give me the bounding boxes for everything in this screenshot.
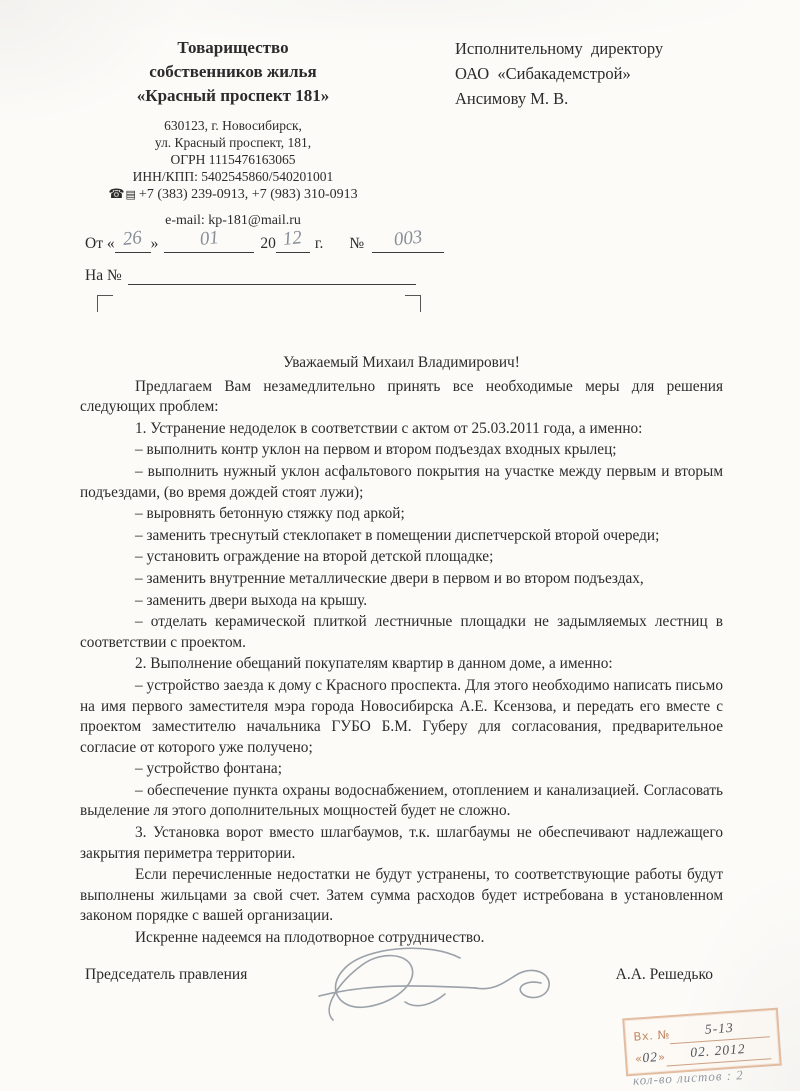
telephone-icon: ☎ xyxy=(108,187,124,202)
org-title-line: собственников жилья xyxy=(80,60,386,84)
letter-paragraph: – заменить треснутый стеклопакет в помещ… xyxy=(80,526,723,547)
signer-name: А.А. Решедько xyxy=(616,966,713,984)
recipient-block: Исполнительному директоруОАО «Сибакадемс… xyxy=(455,36,755,111)
handwritten-month: 01 xyxy=(199,229,220,249)
letter-paragraphs: Предлагаем Вам незамедлительно принять в… xyxy=(80,377,723,949)
letterhead-org: Товариществособственников жилья«Красный … xyxy=(80,36,386,229)
letter-paragraph: Предлагаем Вам незамедлительно принять в… xyxy=(80,377,723,418)
letter-paragraph: – выполнить нужный уклон асфальтового по… xyxy=(80,462,723,503)
letter-paragraph: – обеспечение пункта охраны водоснабжени… xyxy=(80,781,723,822)
org-address-line: 630123, г. Новосибирск, xyxy=(80,117,386,134)
recipient-line: Ансимову М. В. xyxy=(455,86,755,111)
letter-paragraph: – заменить внутренние металлические двер… xyxy=(80,569,723,590)
org-title-line: «Красный проспект 181» xyxy=(80,84,386,108)
org-phone-numbers: +7 (383) 239-0913, +7 (983) 310-0913 xyxy=(139,187,358,202)
handwritten-stamp-date: 02. 2012 xyxy=(690,1041,746,1060)
letter-body: Уважаемый Михаил Владимирович! Предлагае… xyxy=(80,353,723,950)
number-label: № xyxy=(349,235,364,252)
letter-paragraph: – устройство фонтана; xyxy=(80,759,723,780)
address-corner-mark-left xyxy=(97,295,113,312)
handwritten-number: 003 xyxy=(393,229,423,250)
letter-paragraph: – выполнить контр уклон на первом и втор… xyxy=(80,440,723,461)
handwritten-year: 12 xyxy=(282,229,303,249)
letter-paragraph: 3. Установка ворот вместо шлагбаумов, т.… xyxy=(80,823,723,864)
letter-page: Товариществособственников жилья«Красный … xyxy=(0,0,800,1091)
year-blank: 12 xyxy=(276,231,310,253)
stamp-in-label: Вх. № xyxy=(633,1024,671,1046)
address-corner-mark-right xyxy=(405,295,421,312)
recipient-line: ОАО «Сибакадемстрой» xyxy=(455,61,755,86)
day-blank: 26 xyxy=(115,231,151,253)
handwritten-stamp-number: 5-13 xyxy=(704,1020,734,1037)
org-title: Товариществособственников жилья«Красный … xyxy=(80,36,386,108)
org-phone-row: ☎▤+7 (383) 239-0913, +7 (983) 310-0913 xyxy=(80,186,386,204)
handwritten-day: 26 xyxy=(122,229,143,249)
quote-close: » xyxy=(151,235,159,252)
salutation: Уважаемый Михаил Владимирович! xyxy=(80,353,723,374)
letter-paragraph: 1. Устранение недоделок в соответствии с… xyxy=(80,419,723,440)
number-blank: 003 xyxy=(372,231,444,253)
recipient-line: Исполнительному директору xyxy=(455,36,755,61)
reply-label: На № xyxy=(85,267,122,284)
year-prefix: 20 xyxy=(260,235,276,252)
reference-date-line: От «26»012012г.№003 xyxy=(85,231,444,253)
letter-paragraph: – устройство заезда к дому с Красного пр… xyxy=(80,676,723,758)
signer-title: Председатель правления xyxy=(85,966,247,984)
from-label: От « xyxy=(85,235,115,252)
org-address: 630123, г. Новосибирск,ул. Красный просп… xyxy=(80,117,386,185)
org-address-line: ОГРН 1115476163065 xyxy=(80,151,386,168)
letter-paragraph: Если перечисленные недостатки не будут у… xyxy=(80,865,723,927)
letter-paragraph: – заменить двери выхода на крышу. xyxy=(80,591,723,612)
handwritten-stamp-day: 02 xyxy=(642,1047,659,1068)
org-email: e-mail: kp-181@mail.ru xyxy=(80,213,386,229)
reply-to-line: На № xyxy=(85,263,416,285)
letter-paragraph: – выровнять бетонную стяжку под аркой; xyxy=(80,504,723,525)
handwritten-signature xyxy=(305,942,585,1027)
letter-paragraph: – установить ограждение на второй детско… xyxy=(80,547,723,568)
year-suffix: г. xyxy=(315,235,323,252)
incoming-stamp: Вх. № 5-13 « 02 » 02. 2012 xyxy=(622,1008,782,1077)
org-title-line: Товарищество xyxy=(80,36,386,60)
org-address-line: ИНН/КПП: 5402545860/540201001 xyxy=(80,168,386,185)
org-address-line: ул. Красный проспект, 181, xyxy=(80,134,386,151)
month-blank: 01 xyxy=(164,231,254,253)
letter-paragraph: – отделать керамической плиткой лестничн… xyxy=(80,612,723,653)
reply-number-blank xyxy=(128,263,416,285)
letter-paragraph: 2. Выполнение обещаний покупателям кварт… xyxy=(80,654,723,675)
fax-document-icon: ▤ xyxy=(126,188,136,201)
